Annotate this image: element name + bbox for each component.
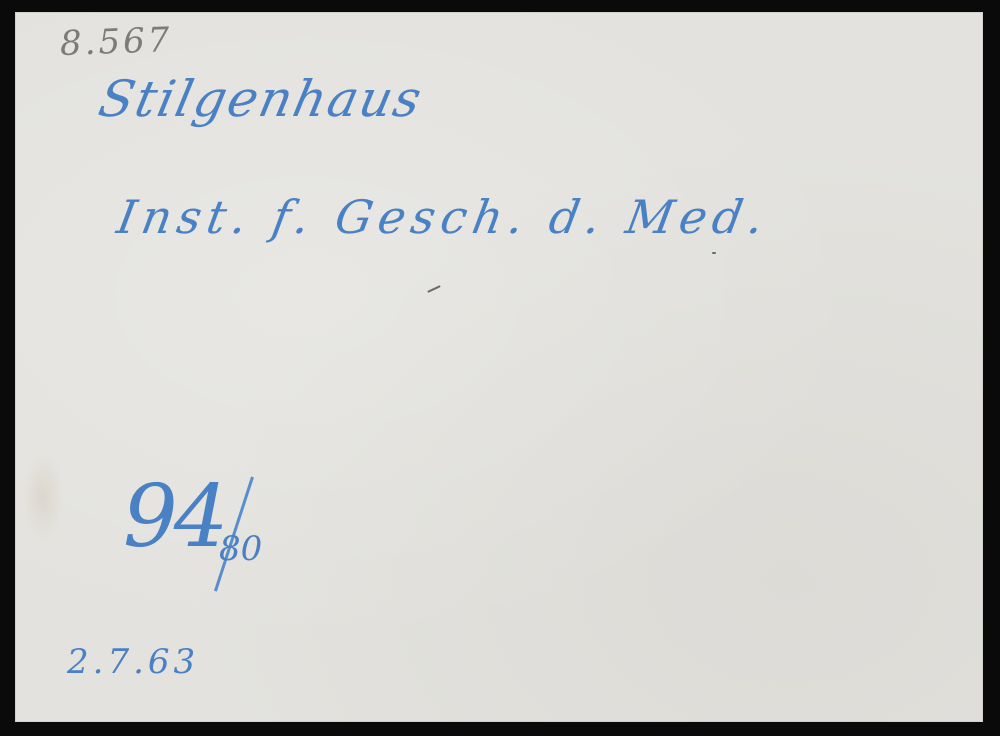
scan-background: 8.567 Stilgenhaus Inst. f. Gesch. d. Med… [0,0,1000,736]
catalog-number: 94 80 [123,467,283,607]
index-card: 8.567 Stilgenhaus Inst. f. Gesch. d. Med… [15,12,983,722]
pencil-inventory-number: 8.567 [59,20,173,64]
paper-stain [23,452,63,542]
handwritten-date: 2.7.63 [67,642,199,682]
handwritten-name: Stilgenhaus [94,70,428,128]
handwritten-institution: Inst. f. Gesch. d. Med. [113,190,774,244]
pencil-mark [427,285,441,293]
catalog-number-main: 94 [123,467,224,567]
catalog-number-sub: 80 [219,529,262,569]
dust-speck [712,252,716,254]
